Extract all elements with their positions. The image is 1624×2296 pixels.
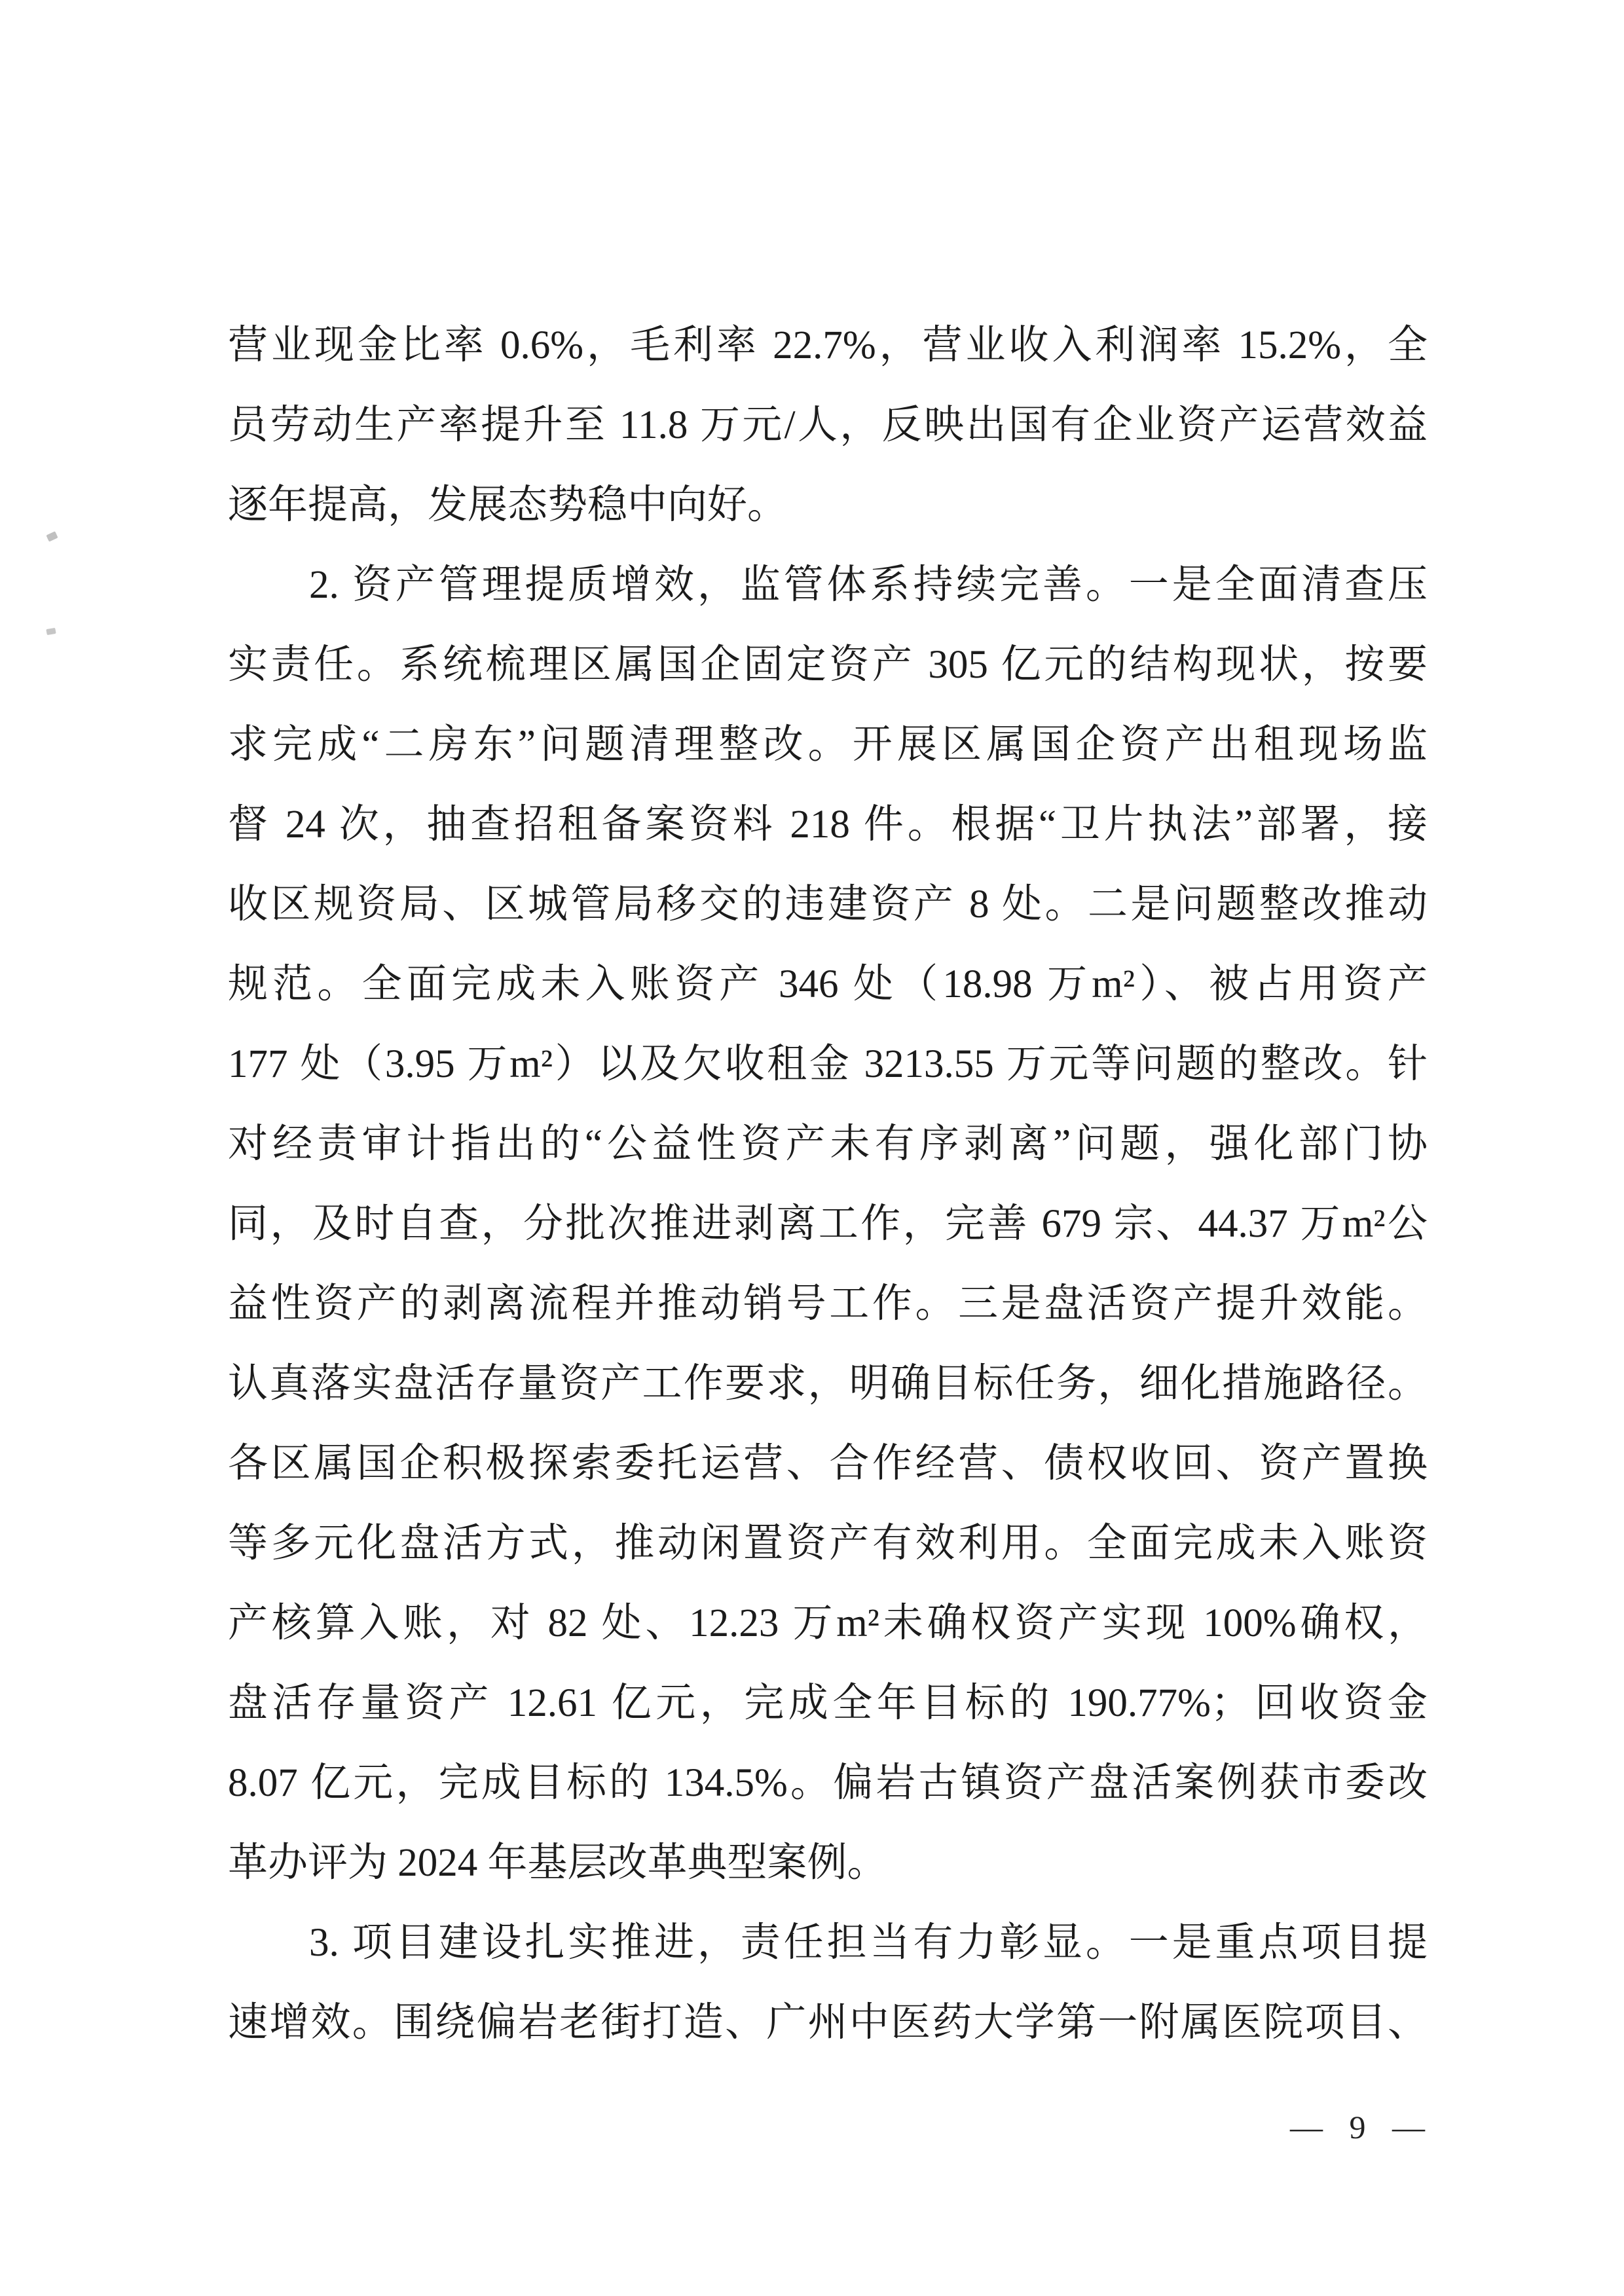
text-line-22: 速增效。围绕偏岩老街打造、广州中医药大学第一附属医院项目、 <box>228 1983 1428 2063</box>
text-line-4: 2. 资产管理提质增效，监管体系持续完善。一是全面清查压 <box>228 545 1428 625</box>
document-page: 营业现金比率 0.6%，毛利率 22.7%，营业收入利润率 15.2%，全 员劳… <box>0 0 1624 2296</box>
text-line-19: 8.07 亿元，完成目标的 134.5%。偏岩古镇资产盘活案例获市委改 <box>228 1743 1428 1823</box>
text-line-20: 革办评为 2024 年基层改革典型案例。 <box>228 1823 1428 1903</box>
text-line-5: 实责任。系统梳理区属国企固定资产 305 亿元的结构现状，按要 <box>228 625 1428 705</box>
text-line-18: 盘活存量资产 12.61 亿元，完成全年目标的 190.77%；回收资金 <box>228 1664 1428 1743</box>
text-line-8: 收区规资局、区城管局移交的违建资产 8 处。二是问题整改推动 <box>228 865 1428 945</box>
text-line-3: 逐年提高，发展态势稳中向好。 <box>228 465 1428 545</box>
text-line-6: 求完成“二房东”问题清理整改。开展区属国企资产出租现场监 <box>228 705 1428 785</box>
text-line-2: 员劳动生产率提升至 11.8 万元/人，反映出国有企业资产运营效益 <box>228 386 1428 465</box>
document-body: 营业现金比率 0.6%，毛利率 22.7%，营业收入利润率 15.2%，全 员劳… <box>228 306 1428 2063</box>
text-line-13: 益性资产的剥离流程并推动销号工作。三是盘活资产提升效能。 <box>228 1264 1428 1344</box>
scan-speck <box>46 531 58 541</box>
text-line-9: 规范。全面完成未入账资产 346 处（18.98 万m²）、被占用资产 <box>228 945 1428 1025</box>
text-line-11: 对经责审计指出的“公益性资产未有序剥离”问题，强化部门协 <box>228 1104 1428 1184</box>
text-line-7: 督 24 次，抽查招租备案资料 218 件。根据“卫片执法”部署，接 <box>228 785 1428 865</box>
text-line-15: 各区属国企积极探索委托运营、合作经营、债权收回、资产置换 <box>228 1424 1428 1504</box>
text-line-10: 177 处（3.95 万m²）以及欠收租金 3213.55 万元等问题的整改。针 <box>228 1025 1428 1104</box>
text-line-14: 认真落实盘活存量资产工作要求，明确目标任务，细化措施路径。 <box>228 1344 1428 1424</box>
text-line-21: 3. 项目建设扎实推进，责任担当有力彰显。一是重点项目提 <box>228 1903 1428 1983</box>
text-line-17: 产核算入账，对 82 处、12.23 万m²未确权资产实现 100%确权， <box>228 1584 1428 1664</box>
page-number: — 9 — <box>1280 2107 1444 2147</box>
text-line-12: 同，及时自查，分批次推进剥离工作，完善 679 宗、44.37 万m²公 <box>228 1184 1428 1264</box>
scan-speck <box>46 628 56 635</box>
text-line-1: 营业现金比率 0.6%，毛利率 22.7%，营业收入利润率 15.2%，全 <box>228 306 1428 386</box>
text-line-16: 等多元化盘活方式，推动闲置资产有效利用。全面完成未入账资 <box>228 1504 1428 1584</box>
